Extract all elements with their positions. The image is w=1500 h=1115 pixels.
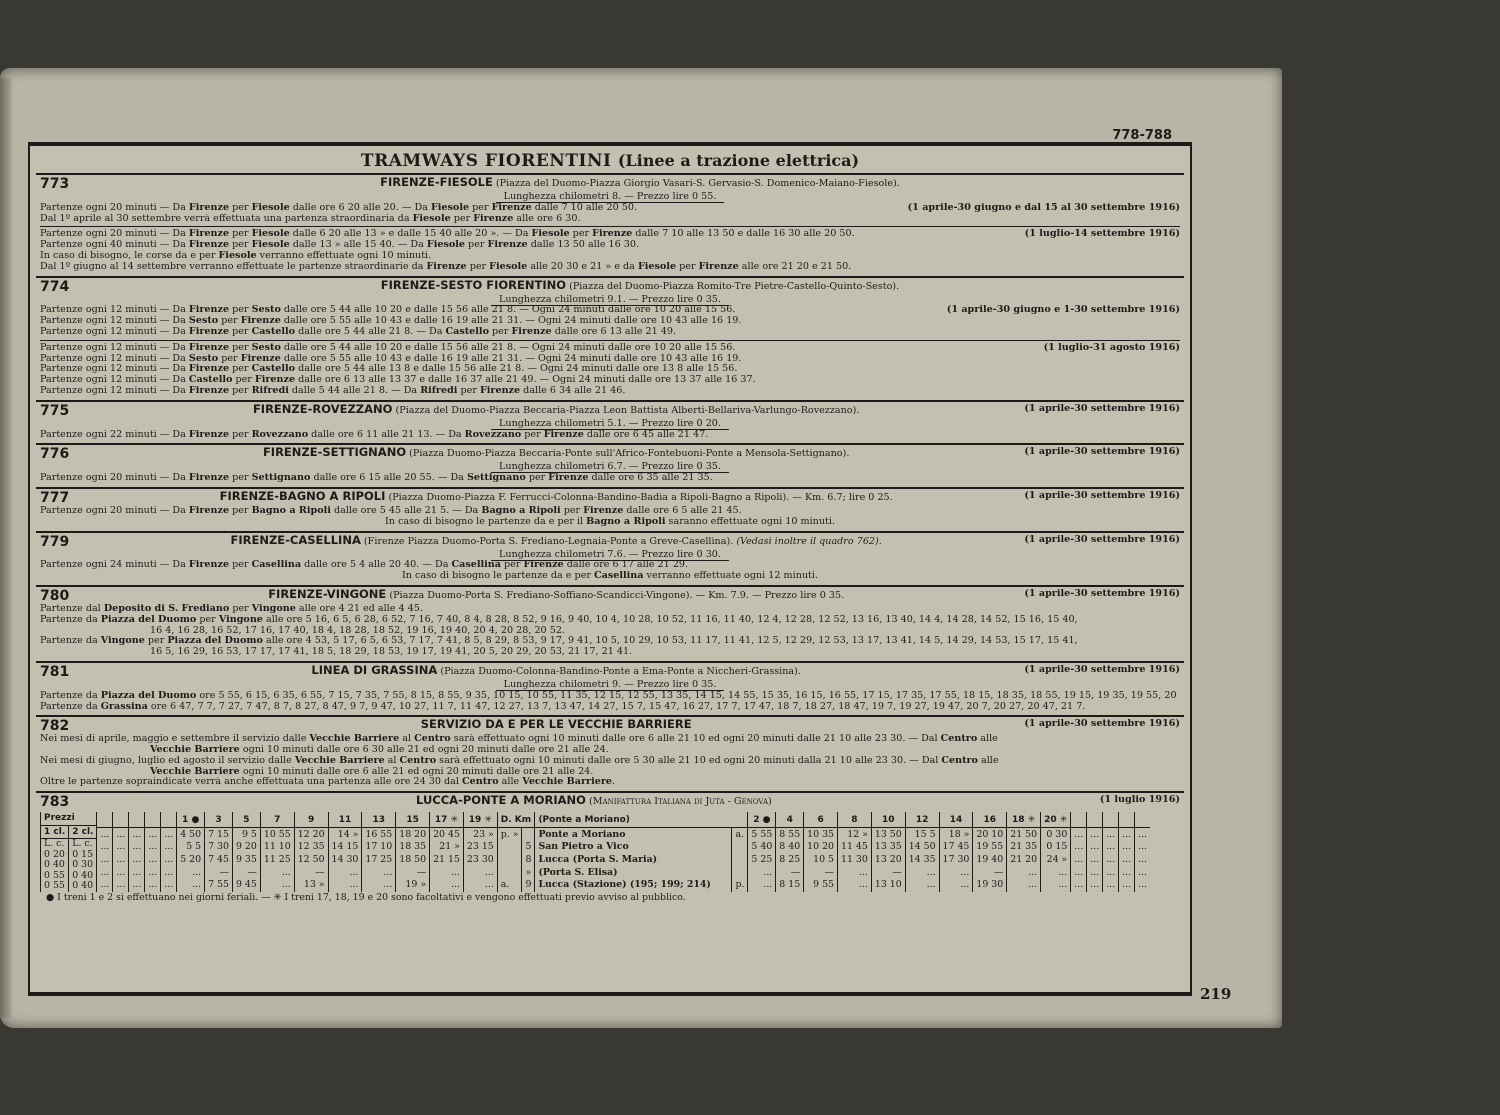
time-cell: 19 55 bbox=[973, 841, 1007, 854]
route-length-price: Lunghezza chilometri 6.7. — Prezzo lire … bbox=[491, 461, 729, 473]
column-header: 6 bbox=[804, 812, 838, 828]
timetable-783: Prezzi1 cl.2 cl.L. c.L. c.0 200 150 400 … bbox=[40, 812, 1180, 892]
column-header bbox=[113, 812, 129, 828]
time-cell: ... bbox=[113, 854, 129, 867]
time-cell: ... bbox=[145, 841, 161, 854]
time-cell: 0 30 bbox=[1041, 828, 1071, 841]
route-number: 773 bbox=[40, 177, 100, 192]
time-cell: ... bbox=[1103, 854, 1119, 867]
station-flag bbox=[497, 866, 522, 879]
route-number: 774 bbox=[40, 280, 100, 295]
route-description: (Piazza del Duomo-Piazza Giorgio Vasari-… bbox=[496, 178, 900, 189]
station-km: 8 bbox=[522, 854, 535, 867]
time-cell: ... bbox=[1119, 841, 1135, 854]
time-cell: 14 50 bbox=[905, 841, 939, 854]
time-cell: 8 25 bbox=[776, 854, 804, 867]
time-cell: 9 45 bbox=[232, 879, 260, 892]
column-header bbox=[1135, 812, 1150, 828]
time-cell: 5 40 bbox=[748, 841, 776, 854]
time-cell: 5 55 bbox=[748, 828, 776, 841]
time-cell: ... bbox=[838, 866, 872, 879]
time-cell: ... bbox=[129, 841, 145, 854]
period-lines: Partenze da Piazza del Duomo ore 5 55, 6… bbox=[40, 691, 1180, 713]
route-776: 776FIRENZE-SETTIGNANO (Piazza Duomo-Piaz… bbox=[36, 445, 1184, 489]
schedule-line: Vecchie Barriere ogni 10 minuti dalle or… bbox=[40, 745, 1180, 756]
time-cell: 16 55 bbox=[362, 828, 396, 841]
period-block: Partenze ogni 24 minuti — Da Firenze per… bbox=[40, 560, 1180, 582]
time-cell: ... bbox=[1119, 854, 1135, 867]
schedule-line: Dal 1º aprile al 30 settembre verrà effe… bbox=[40, 214, 896, 225]
period-block: Partenze ogni 20 minuti — Da Firenze per… bbox=[40, 506, 1180, 528]
schedule-line: Dal 1º giugno al 14 settembre verranno e… bbox=[40, 262, 1013, 273]
route-782: 782SERVIZIO DA E PER LE VECCHIE BARRIERE… bbox=[36, 717, 1184, 793]
time-cell: ... bbox=[97, 866, 113, 879]
time-cell: 9 5 bbox=[232, 828, 260, 841]
route-validity: (1 aprile-30 settembre 1916) bbox=[1012, 719, 1180, 730]
route-783: 783 LUCCA-PONTE A MORIANO (Manifattura I… bbox=[36, 793, 1184, 906]
time-cell: 7 45 bbox=[205, 854, 233, 867]
title-subtitle: (Linee a trazione elettrica) bbox=[618, 151, 859, 170]
time-cell: ... bbox=[145, 866, 161, 879]
route-description: (Firenze Piazza Duomo-Porta S. Frediano-… bbox=[364, 536, 733, 547]
time-cell: ... bbox=[1135, 854, 1150, 867]
route-description: (Piazza Duomo-Porta S. Frediano-Soffiano… bbox=[389, 590, 844, 601]
time-cell: 13 20 bbox=[871, 854, 905, 867]
route-header: 776FIRENZE-SETTIGNANO (Piazza Duomo-Piaz… bbox=[40, 447, 1180, 462]
time-cell: ... bbox=[113, 879, 129, 892]
time-cell: ... bbox=[1087, 866, 1103, 879]
time-cell: ... bbox=[430, 879, 464, 892]
route-781: 781LINEA DI GRASSINA (Piazza Duomo-Colon… bbox=[36, 663, 1184, 717]
route-number: 777 bbox=[40, 491, 100, 506]
route-length-price: Lunghezza chilometri 9. — Prezzo lire 0 … bbox=[496, 679, 725, 691]
time-cell: 21 50 bbox=[1007, 828, 1041, 841]
time-cell: ... bbox=[1087, 828, 1103, 841]
time-cell: 18 20 bbox=[396, 828, 430, 841]
time-cell: ... bbox=[97, 879, 113, 892]
route-validity: (1 aprile-30 settembre 1916) bbox=[1012, 535, 1180, 546]
time-cell: 13 35 bbox=[871, 841, 905, 854]
route-774: 774FIRENZE-SESTO FIORENTINO (Piazza del … bbox=[36, 278, 1184, 402]
column-header: 2 ● bbox=[748, 812, 776, 828]
route-validity: (1 luglio 1916) bbox=[1088, 795, 1180, 806]
time-cell: 14 » bbox=[328, 828, 362, 841]
route-header: 782SERVIZIO DA E PER LE VECCHIE BARRIERE… bbox=[40, 719, 1180, 734]
table-row: 5 258 2510 511 3013 2014 3517 3019 4021 … bbox=[748, 854, 1150, 867]
time-cell: 21 » bbox=[430, 841, 464, 854]
route-name: FIRENZE-ROVEZZANO bbox=[253, 402, 393, 416]
route-773: 773FIRENZE-FIESOLE (Piazza del Duomo-Pia… bbox=[36, 175, 1184, 278]
route-length-price: Lunghezza chilometri 7.6. — Prezzo lire … bbox=[491, 549, 729, 561]
period-block: Partenze ogni 20 minuti — Da Firenze per… bbox=[40, 473, 1180, 484]
route-name: FIRENZE-VINGONE bbox=[268, 587, 386, 601]
column-header: 13 bbox=[362, 812, 396, 828]
period-block: Partenze ogni 20 minuti — Da Firenze per… bbox=[40, 229, 1180, 272]
period-block: Nei mesi di aprile, maggio e settembre i… bbox=[40, 734, 1180, 788]
time-cell: 17 10 bbox=[362, 841, 396, 854]
time-cell: ... bbox=[129, 866, 145, 879]
time-cell: 10 55 bbox=[260, 828, 294, 841]
time-cell: — bbox=[396, 866, 430, 879]
time-cell: ... bbox=[362, 879, 396, 892]
route-header: 781LINEA DI GRASSINA (Piazza Duomo-Colon… bbox=[40, 665, 1180, 680]
time-cell: ... bbox=[113, 841, 129, 854]
time-cell: ... bbox=[161, 879, 177, 892]
table-row: 5 558 5510 3512 »13 5015 518 »20 1021 50… bbox=[748, 828, 1150, 841]
route-name: FIRENZE-CASELLINA bbox=[230, 533, 360, 547]
route-title: FIRENZE-VINGONE (Piazza Duomo-Porta S. F… bbox=[100, 589, 1012, 602]
table-row: ...8 159 55...13 10......19 30..........… bbox=[748, 879, 1150, 892]
page-title: TRAMWAYS FIORENTINI (Linee a trazione el… bbox=[36, 146, 1184, 175]
route-header: 780FIRENZE-VINGONE (Piazza Duomo-Porta S… bbox=[40, 589, 1180, 604]
table-row: 5 408 4010 2011 4513 3514 5017 4519 5521… bbox=[748, 841, 1150, 854]
time-cell: 8 55 bbox=[776, 828, 804, 841]
time-cell: 10 20 bbox=[804, 841, 838, 854]
route-title: FIRENZE-SESTO FIORENTINO (Piazza del Duo… bbox=[100, 280, 1180, 293]
time-cell: 12 35 bbox=[294, 841, 328, 854]
time-cell: 5 25 bbox=[748, 854, 776, 867]
period-lines: Partenze ogni 12 minuti — Da Firenze per… bbox=[40, 343, 1032, 397]
time-cell: 23 30 bbox=[463, 854, 496, 867]
route-number: 780 bbox=[40, 589, 100, 604]
time-cell: ... bbox=[362, 866, 396, 879]
station-row: »(Porta S. Elisa) bbox=[497, 866, 747, 879]
time-cell: — bbox=[871, 866, 905, 879]
timetable-frame: TRAMWAYS FIORENTINI (Linee a trazione el… bbox=[28, 142, 1192, 996]
time-cell: ... bbox=[328, 879, 362, 892]
station-flag bbox=[497, 854, 522, 867]
column-header: 10 bbox=[871, 812, 905, 828]
time-cell: ... bbox=[177, 866, 205, 879]
time-cell: ... bbox=[97, 828, 113, 841]
time-cell: 8 40 bbox=[776, 841, 804, 854]
column-header: 14 bbox=[939, 812, 973, 828]
table-row: ...............5 207 459 3511 2512 5014 … bbox=[97, 854, 497, 867]
down-trains-table: 2 ●4681012141618 ✳20 ✳5 558 5510 3512 »1… bbox=[747, 812, 1150, 892]
route-name: FIRENZE-SETTIGNANO bbox=[263, 445, 406, 459]
time-cell: ... bbox=[1071, 854, 1087, 867]
station-km: 5 bbox=[522, 841, 535, 854]
time-cell: 17 45 bbox=[939, 841, 973, 854]
column-header: 17 ✳ bbox=[430, 812, 464, 828]
page-number: 219 bbox=[1200, 985, 1231, 1003]
time-cell: ... bbox=[1071, 866, 1087, 879]
footnote: ● I treni 1 e 2 si effettuano nei giorni… bbox=[40, 892, 1180, 904]
time-cell: 9 55 bbox=[804, 879, 838, 892]
time-cell: ... bbox=[1103, 866, 1119, 879]
time-cell: ... bbox=[1119, 879, 1135, 892]
route-header: 774FIRENZE-SESTO FIORENTINO (Piazza del … bbox=[40, 280, 1180, 295]
column-header bbox=[1071, 812, 1087, 828]
time-cell: — bbox=[205, 866, 233, 879]
title-text: TRAMWAYS FIORENTINI bbox=[361, 151, 612, 171]
route-meta: Lunghezza chilometri 6.7. — Prezzo lire … bbox=[40, 462, 1180, 473]
time-cell: ... bbox=[161, 828, 177, 841]
route-775: 775FIRENZE-ROVEZZANO (Piazza del Duomo-P… bbox=[36, 402, 1184, 446]
time-cell: 8 15 bbox=[776, 879, 804, 892]
time-cell: ... bbox=[748, 879, 776, 892]
station-row: 8Lucca (Porta S. Maria) bbox=[497, 854, 747, 867]
time-cell: ... bbox=[1135, 828, 1150, 841]
period-block: Partenze ogni 22 minuti — Da Firenze per… bbox=[40, 430, 1180, 441]
column-header: 20 ✳ bbox=[1041, 812, 1071, 828]
time-cell: 13 » bbox=[294, 879, 328, 892]
schedule-line: Partenze da Vingone per Piazza del Duomo… bbox=[40, 636, 1180, 647]
time-cell: — bbox=[776, 866, 804, 879]
route-validity: (1 aprile-30 settembre 1916) bbox=[1012, 589, 1180, 600]
schedule-line: Partenze ogni 12 minuti — Da Sesto per F… bbox=[40, 316, 935, 327]
stations-table: D. Km(Ponte a Moriano)p. »Ponte a Morian… bbox=[497, 812, 748, 892]
period-lines: Partenze ogni 12 minuti — Da Firenze per… bbox=[40, 305, 935, 337]
schedule-line: Nei mesi di aprile, maggio e settembre i… bbox=[40, 734, 1180, 745]
time-cell: ... bbox=[129, 828, 145, 841]
time-cell: 4 50 bbox=[177, 828, 205, 841]
time-cell: 11 45 bbox=[838, 841, 872, 854]
column-header: 16 bbox=[973, 812, 1007, 828]
route-777: 777FIRENZE-BAGNO A RIPOLI (Piazza Duomo-… bbox=[36, 489, 1184, 533]
route-description: (Piazza del Duomo-Piazza Beccaria-Piazza… bbox=[396, 405, 860, 416]
table-row: ...............5 57 309 2011 1012 3514 1… bbox=[97, 841, 497, 854]
time-cell: ... bbox=[1007, 879, 1041, 892]
time-cell: ... bbox=[1087, 854, 1103, 867]
station-flag: p. » bbox=[497, 828, 522, 841]
time-cell: ... bbox=[145, 828, 161, 841]
time-cell: ... bbox=[939, 879, 973, 892]
column-header: 1 ● bbox=[177, 812, 205, 828]
period-separator bbox=[40, 226, 1180, 227]
period-block: Partenze ogni 12 minuti — Da Firenze per… bbox=[40, 305, 1180, 337]
time-cell: 23 » bbox=[463, 828, 496, 841]
schedule-line: 16 5, 16 29, 16 53, 17 17, 17 41, 18 5, … bbox=[40, 647, 1180, 658]
time-cell: ... bbox=[260, 879, 294, 892]
route-description: (Piazza Duomo-Colonna-Bandino-Ponte a Em… bbox=[440, 666, 801, 677]
route-name: FIRENZE-SESTO FIORENTINO bbox=[381, 278, 566, 292]
route-length-price: Lunghezza chilometri 9.1. — Prezzo lire … bbox=[491, 294, 729, 306]
time-cell: ... bbox=[1041, 866, 1071, 879]
time-cell: 17 30 bbox=[939, 854, 973, 867]
time-cell: ... bbox=[1087, 841, 1103, 854]
schedule-line: Partenze da Piazza del Duomo per Vingone… bbox=[40, 615, 1180, 626]
route-description-note: (Vedasi inoltre il quadro 762). bbox=[736, 536, 882, 547]
route-title: FIRENZE-FIESOLE (Piazza del Duomo-Piazza… bbox=[100, 177, 1180, 190]
period-lines: Partenze dal Deposito di S. Frediano per… bbox=[40, 604, 1180, 658]
route-title: FIRENZE-SETTIGNANO (Piazza Duomo-Piazza … bbox=[100, 447, 1012, 460]
schedule-line: Partenze ogni 12 minuti — Da Firenze per… bbox=[40, 327, 935, 338]
column-header bbox=[161, 812, 177, 828]
time-cell: ... bbox=[1103, 828, 1119, 841]
time-cell: 20 45 bbox=[430, 828, 464, 841]
page-edge bbox=[0, 78, 12, 1018]
period-validity: (1 luglio-14 settembre 1916) bbox=[1013, 229, 1180, 240]
time-cell: 14 30 bbox=[328, 854, 362, 867]
route-name: FIRENZE-FIESOLE bbox=[380, 175, 493, 189]
time-cell: 17 25 bbox=[362, 854, 396, 867]
column-header: 19 ✳ bbox=[463, 812, 496, 828]
station-end: a. bbox=[732, 828, 747, 841]
schedule-line: Partenze da Grassina ore 6 47, 7 7, 7 27… bbox=[40, 702, 1180, 713]
time-cell: ... bbox=[1087, 879, 1103, 892]
route-title: LINEA DI GRASSINA (Piazza Duomo-Colonna-… bbox=[100, 665, 1012, 678]
schedule-line: Partenze ogni 40 minuti — Da Firenze per… bbox=[40, 240, 1013, 251]
column-header bbox=[1119, 812, 1135, 828]
route-number: 781 bbox=[40, 665, 100, 680]
time-cell: ... bbox=[97, 854, 113, 867]
schedule-line: Partenze ogni 20 minuti — Da Firenze per… bbox=[40, 473, 1180, 484]
time-cell: 10 5 bbox=[804, 854, 838, 867]
time-cell: ... bbox=[145, 854, 161, 867]
price-class: 1 cl. bbox=[41, 825, 69, 839]
price-cell: 0 55 bbox=[41, 881, 69, 892]
column-header: 5 bbox=[232, 812, 260, 828]
time-cell: 18 35 bbox=[396, 841, 430, 854]
time-cell: ... bbox=[1071, 828, 1087, 841]
period-block: Partenze da Piazza del Duomo ore 5 55, 6… bbox=[40, 691, 1180, 713]
prices-table: Prezzi1 cl.2 cl.L. c.L. c.0 200 150 400 … bbox=[40, 812, 96, 892]
period-block: Partenze ogni 20 minuti — Da Firenze per… bbox=[40, 203, 1180, 225]
route-description: (Piazza Duomo-Piazza F. Ferrucci-Colonna… bbox=[388, 492, 892, 503]
time-cell: 11 10 bbox=[260, 841, 294, 854]
station-header: (Ponte a Moriano) bbox=[535, 812, 747, 828]
station-end bbox=[732, 841, 747, 854]
table-row: ...——...—......—..................... bbox=[748, 866, 1150, 879]
schedule-line: Partenze ogni 20 minuti — Da Firenze per… bbox=[40, 203, 896, 214]
price-class: 2 cl. bbox=[69, 825, 97, 839]
route-meta: Lunghezza chilometri 5.1. — Prezzo lire … bbox=[40, 419, 1180, 430]
time-cell: ... bbox=[1135, 841, 1150, 854]
route-description: (Piazza Duomo-Piazza Beccaria-Ponte sull… bbox=[409, 448, 849, 459]
time-cell: ... bbox=[838, 879, 872, 892]
route-title: SERVIZIO DA E PER LE VECCHIE BARRIERE bbox=[100, 719, 1012, 732]
time-cell: 9 20 bbox=[232, 841, 260, 854]
time-cell: 13 50 bbox=[871, 828, 905, 841]
route-780: 780FIRENZE-VINGONE (Piazza Duomo-Porta S… bbox=[36, 587, 1184, 663]
time-cell: ... bbox=[260, 866, 294, 879]
time-cell: 21 35 bbox=[1007, 841, 1041, 854]
route-validity: (1 aprile-30 settembre 1916) bbox=[1012, 665, 1180, 676]
period-block: Partenze ogni 12 minuti — Da Firenze per… bbox=[40, 343, 1180, 397]
time-cell: 7 55 bbox=[205, 879, 233, 892]
schedule-line: 16 4, 16 28, 16 52, 17 16, 17 40, 18 4, … bbox=[40, 626, 1180, 637]
time-cell: ... bbox=[430, 866, 464, 879]
route-name: LINEA DI GRASSINA bbox=[311, 663, 437, 677]
time-cell: 11 25 bbox=[260, 854, 294, 867]
route-name: SERVIZIO DA E PER LE VECCHIE BARRIERE bbox=[421, 717, 692, 731]
time-cell: 18 » bbox=[939, 828, 973, 841]
time-cell: ... bbox=[1135, 866, 1150, 879]
period-separator bbox=[40, 340, 1180, 341]
price-cell: 0 40 bbox=[69, 881, 97, 892]
station-name: Ponte a Moriano bbox=[535, 828, 732, 841]
time-cell: — bbox=[973, 866, 1007, 879]
route-name: LUCCA-PONTE A MORIANO bbox=[416, 793, 586, 807]
table-row: ..................——...—......—...... bbox=[97, 866, 497, 879]
route-meta: Lunghezza chilometri 9. — Prezzo lire 0 … bbox=[40, 680, 1180, 691]
station-name: Lucca (Porta S. Maria) bbox=[535, 854, 732, 867]
routes-list: 773FIRENZE-FIESOLE (Piazza del Duomo-Pia… bbox=[30, 175, 1190, 793]
schedule-line: Partenze ogni 20 minuti — Da Firenze per… bbox=[40, 506, 1180, 517]
schedule-line: In caso di bisogno le partenze da e per … bbox=[40, 517, 1180, 528]
table-row: ...............4 507 159 510 5512 2014 »… bbox=[97, 828, 497, 841]
schedule-line: In caso di bisogno le partenze da e per … bbox=[40, 571, 1180, 582]
station-name: (Porta S. Elisa) bbox=[535, 866, 732, 879]
station-km: » bbox=[522, 866, 535, 879]
station-flag: a. bbox=[497, 879, 522, 892]
column-header bbox=[97, 812, 113, 828]
schedule-line: Partenze ogni 22 minuti — Da Firenze per… bbox=[40, 430, 1180, 441]
period-lines: Partenze ogni 22 minuti — Da Firenze per… bbox=[40, 430, 1180, 441]
route-number: 775 bbox=[40, 404, 100, 419]
time-cell: — bbox=[804, 866, 838, 879]
time-cell: ... bbox=[463, 879, 496, 892]
time-cell: 10 35 bbox=[804, 828, 838, 841]
column-header bbox=[129, 812, 145, 828]
time-cell: ... bbox=[1071, 879, 1087, 892]
time-cell: ... bbox=[145, 879, 161, 892]
schedule-line: Partenze ogni 20 minuti — Da Firenze per… bbox=[40, 229, 1013, 240]
time-cell: 21 20 bbox=[1007, 854, 1041, 867]
time-cell: 5 5 bbox=[177, 841, 205, 854]
route-779: 779FIRENZE-CASELLINA (Firenze Piazza Duo… bbox=[36, 533, 1184, 587]
time-cell: ... bbox=[1007, 866, 1041, 879]
route-validity: (1 aprile-30 settembre 1916) bbox=[1012, 447, 1180, 458]
time-cell: ... bbox=[905, 879, 939, 892]
time-cell: 13 10 bbox=[871, 879, 905, 892]
time-cell: ... bbox=[1119, 828, 1135, 841]
time-cell: 24 » bbox=[1041, 854, 1071, 867]
km-header: D. Km bbox=[497, 812, 535, 828]
time-cell: 0 15 bbox=[1041, 841, 1071, 854]
schedule-line: Oltre le partenze sopraindicate verrà an… bbox=[40, 777, 1180, 788]
time-cell: 12 » bbox=[838, 828, 872, 841]
column-header: 7 bbox=[260, 812, 294, 828]
route-number: 779 bbox=[40, 535, 100, 550]
time-cell: 7 30 bbox=[205, 841, 233, 854]
period-validity: (1 luglio-31 agosto 1916) bbox=[1032, 343, 1180, 354]
station-km bbox=[522, 828, 535, 841]
time-cell: ... bbox=[748, 866, 776, 879]
route-header: 775FIRENZE-ROVEZZANO (Piazza del Duomo-P… bbox=[40, 404, 1180, 419]
time-cell: 14 15 bbox=[328, 841, 362, 854]
time-cell: 5 20 bbox=[177, 854, 205, 867]
schedule-line: Partenze ogni 12 minuti — Da Firenze per… bbox=[40, 386, 1032, 397]
route-title: FIRENZE-BAGNO A RIPOLI (Piazza Duomo-Pia… bbox=[100, 491, 1012, 504]
column-header: 3 bbox=[205, 812, 233, 828]
time-cell: ... bbox=[113, 828, 129, 841]
route-number: 782 bbox=[40, 719, 100, 734]
period-validity: (1 aprile-30 giugno e 1-30 settembre 191… bbox=[935, 305, 1180, 316]
time-cell: 19 40 bbox=[973, 854, 1007, 867]
time-cell: ... bbox=[905, 866, 939, 879]
station-name: Lucca (Stazione) (195; 199; 214) bbox=[535, 879, 732, 892]
schedule-line: Nei mesi di giugno, luglio ed agosto il … bbox=[40, 756, 1180, 767]
column-header bbox=[145, 812, 161, 828]
time-cell: ... bbox=[1103, 879, 1119, 892]
schedule-line: Partenze ogni 12 minuti — Da Firenze per… bbox=[40, 364, 1032, 375]
station-end bbox=[732, 854, 747, 867]
station-km: 9 bbox=[522, 879, 535, 892]
column-header: 4 bbox=[776, 812, 804, 828]
time-cell: 19 30 bbox=[973, 879, 1007, 892]
schedule-line: Partenze ogni 24 minuti — Da Firenze per… bbox=[40, 560, 1180, 571]
time-cell: 18 50 bbox=[396, 854, 430, 867]
route-title: FIRENZE-CASELLINA (Firenze Piazza Duomo-… bbox=[100, 535, 1012, 548]
schedule-line: Partenze dal Deposito di S. Frediano per… bbox=[40, 604, 1180, 615]
route-length-price: Lunghezza chilometri 8. — Prezzo lire 0 … bbox=[496, 191, 725, 203]
time-cell: ... bbox=[1071, 841, 1087, 854]
time-cell: ... bbox=[129, 879, 145, 892]
route-header: 777FIRENZE-BAGNO A RIPOLI (Piazza Duomo-… bbox=[40, 491, 1180, 506]
time-cell: ... bbox=[328, 866, 362, 879]
